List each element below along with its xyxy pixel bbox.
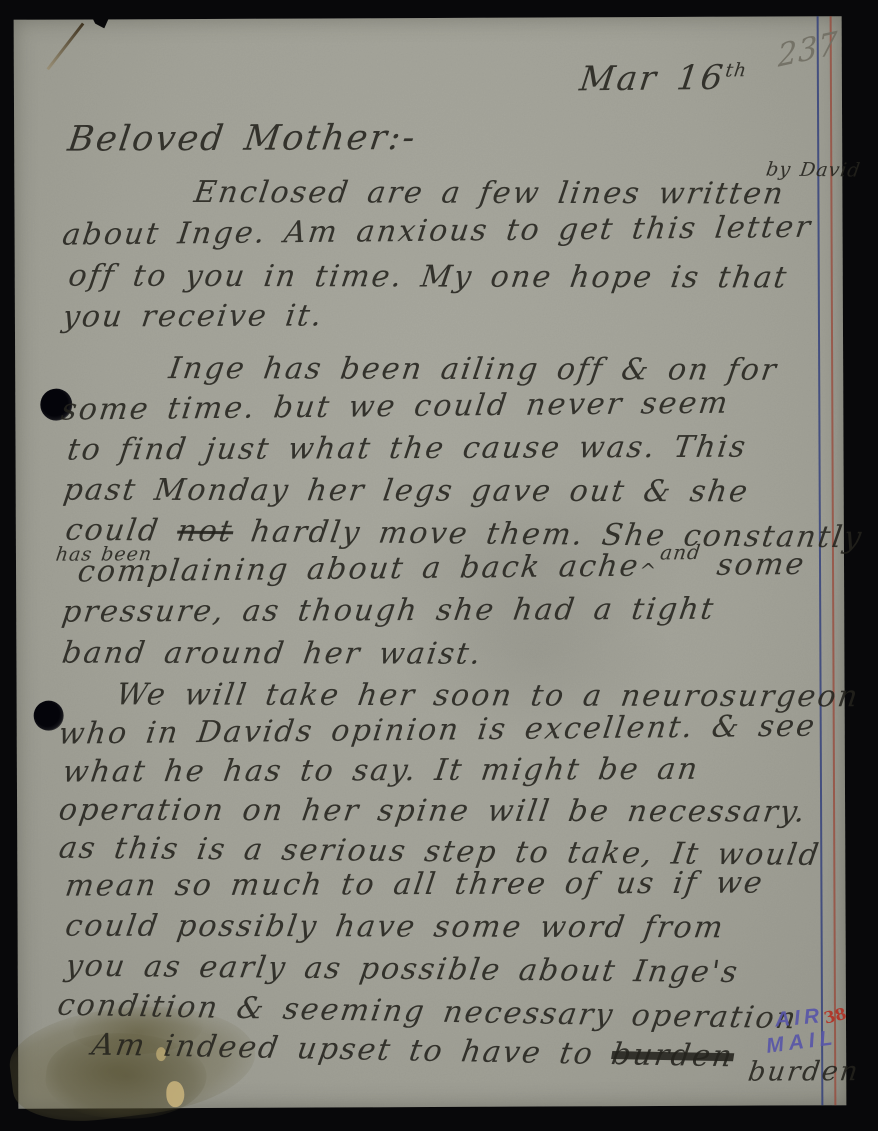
line-text: complaining about a back ache [76,549,642,590]
letter-line: Inge has been ailing off & on for [167,351,781,388]
letter-line: pressure, as though she had a tight [60,592,718,630]
insertion-and: and [659,540,703,564]
letter-line: who in Davids opinion is excellent. & se… [56,709,818,752]
letter-line: complaining about a back ache^and some [76,547,808,590]
letter-line: some time. but we could never seem [59,386,732,428]
paper-tear-notch [92,16,110,28]
salutation: Beloved Mother:- [65,118,419,160]
letter-line: you as early as possible about Inge's [63,949,741,991]
letter-date: Mar 16th [577,58,748,100]
letter-line: band around her waist. [60,636,485,672]
caret-mark: ^ [638,558,660,582]
letter-line: Am indeed upset to have to burden [89,1027,736,1074]
insertion-burden-rewrite: burden [746,1056,862,1088]
letter-line: to find just what the cause was. This [65,430,749,468]
letter-line: you receive it. [61,298,326,334]
paper-tear [46,23,84,71]
date-text: Mar 16 [577,58,727,100]
letter-line: off to you in time. My one hope is that [66,259,790,296]
letter-page: 237 Mar 16th Beloved Mother:- by David E… [14,16,847,1109]
letter-line: operation on her spine will be necessary… [57,793,810,830]
letter-line: mean so much to all three of us if we [63,866,766,904]
letter-line: what he has to say. It might be an [61,752,702,790]
date-superscript: th [724,60,748,81]
line-text: Am indeed upset to have to [89,1027,614,1072]
stain-spot [166,1081,184,1107]
letter-line: about Inge. Am anxious to get this lette… [60,210,814,253]
scribbled-out-word: burden [609,1037,737,1074]
letter-line: could possibly have some word from [63,909,727,946]
postage-rate-mark: 38 [822,1004,848,1028]
line-text: some [697,547,808,583]
letter-line: Enclosed are a few lines written [192,175,787,212]
strikethrough-word: not [175,514,236,550]
letter-line: past Monday her legs gave out & she [61,473,752,510]
